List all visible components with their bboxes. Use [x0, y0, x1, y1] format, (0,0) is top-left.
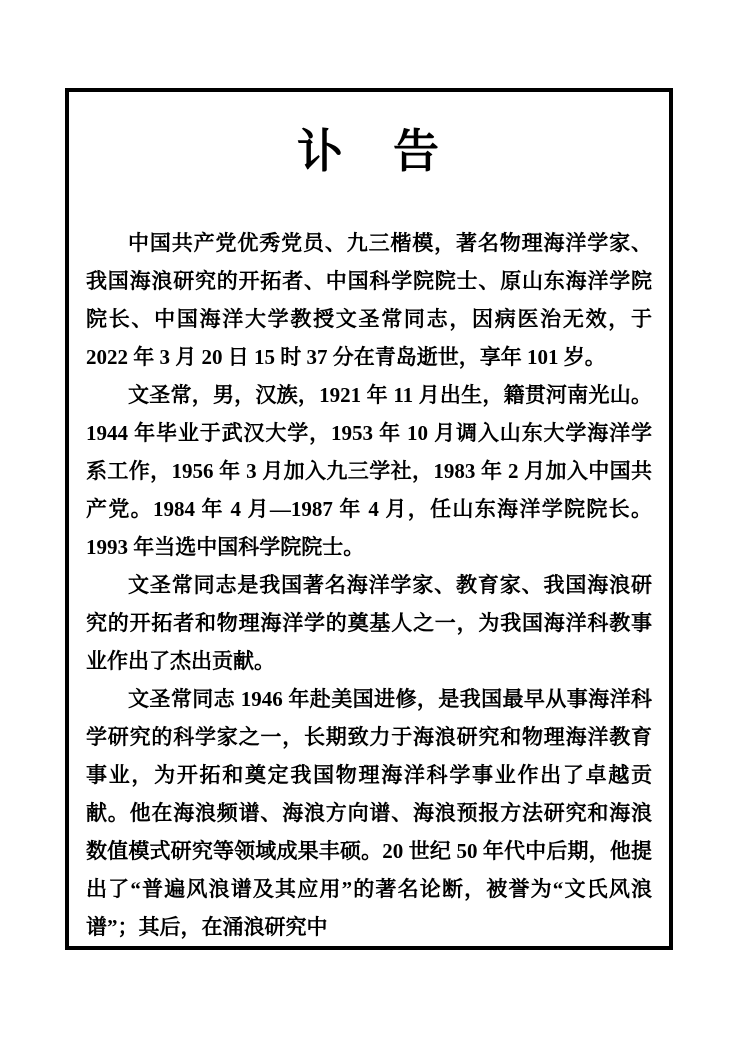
notice-border-box: 讣 告 中国共产党优秀党员、九三楷模，著名物理海洋学家、我国海浪研究的开拓者、中… [65, 88, 673, 950]
notice-body: 中国共产党优秀党员、九三楷模，著名物理海洋学家、我国海浪研究的开拓者、中国科学院… [86, 224, 652, 946]
paragraph-death-announcement: 中国共产党优秀党员、九三楷模，著名物理海洋学家、我国海浪研究的开拓者、中国科学院… [86, 224, 652, 376]
paragraph-scientific-achievements: 文圣常同志 1946 年赴美国进修，是我国最早从事海洋科学研究的科学家之一，长期… [86, 680, 652, 946]
paragraph-biography: 文圣常，男，汉族，1921 年 11 月出生，籍贯河南光山。1944 年毕业于武… [86, 376, 652, 566]
obituary-page: 讣 告 中国共产党优秀党员、九三楷模，著名物理海洋学家、我国海浪研究的开拓者、中… [0, 0, 737, 1041]
paragraph-contributions-summary: 文圣常同志是我国著名海洋学家、教育家、我国海浪研究的开拓者和物理海洋学的奠基人之… [86, 566, 652, 680]
notice-title: 讣 告 [86, 126, 652, 178]
